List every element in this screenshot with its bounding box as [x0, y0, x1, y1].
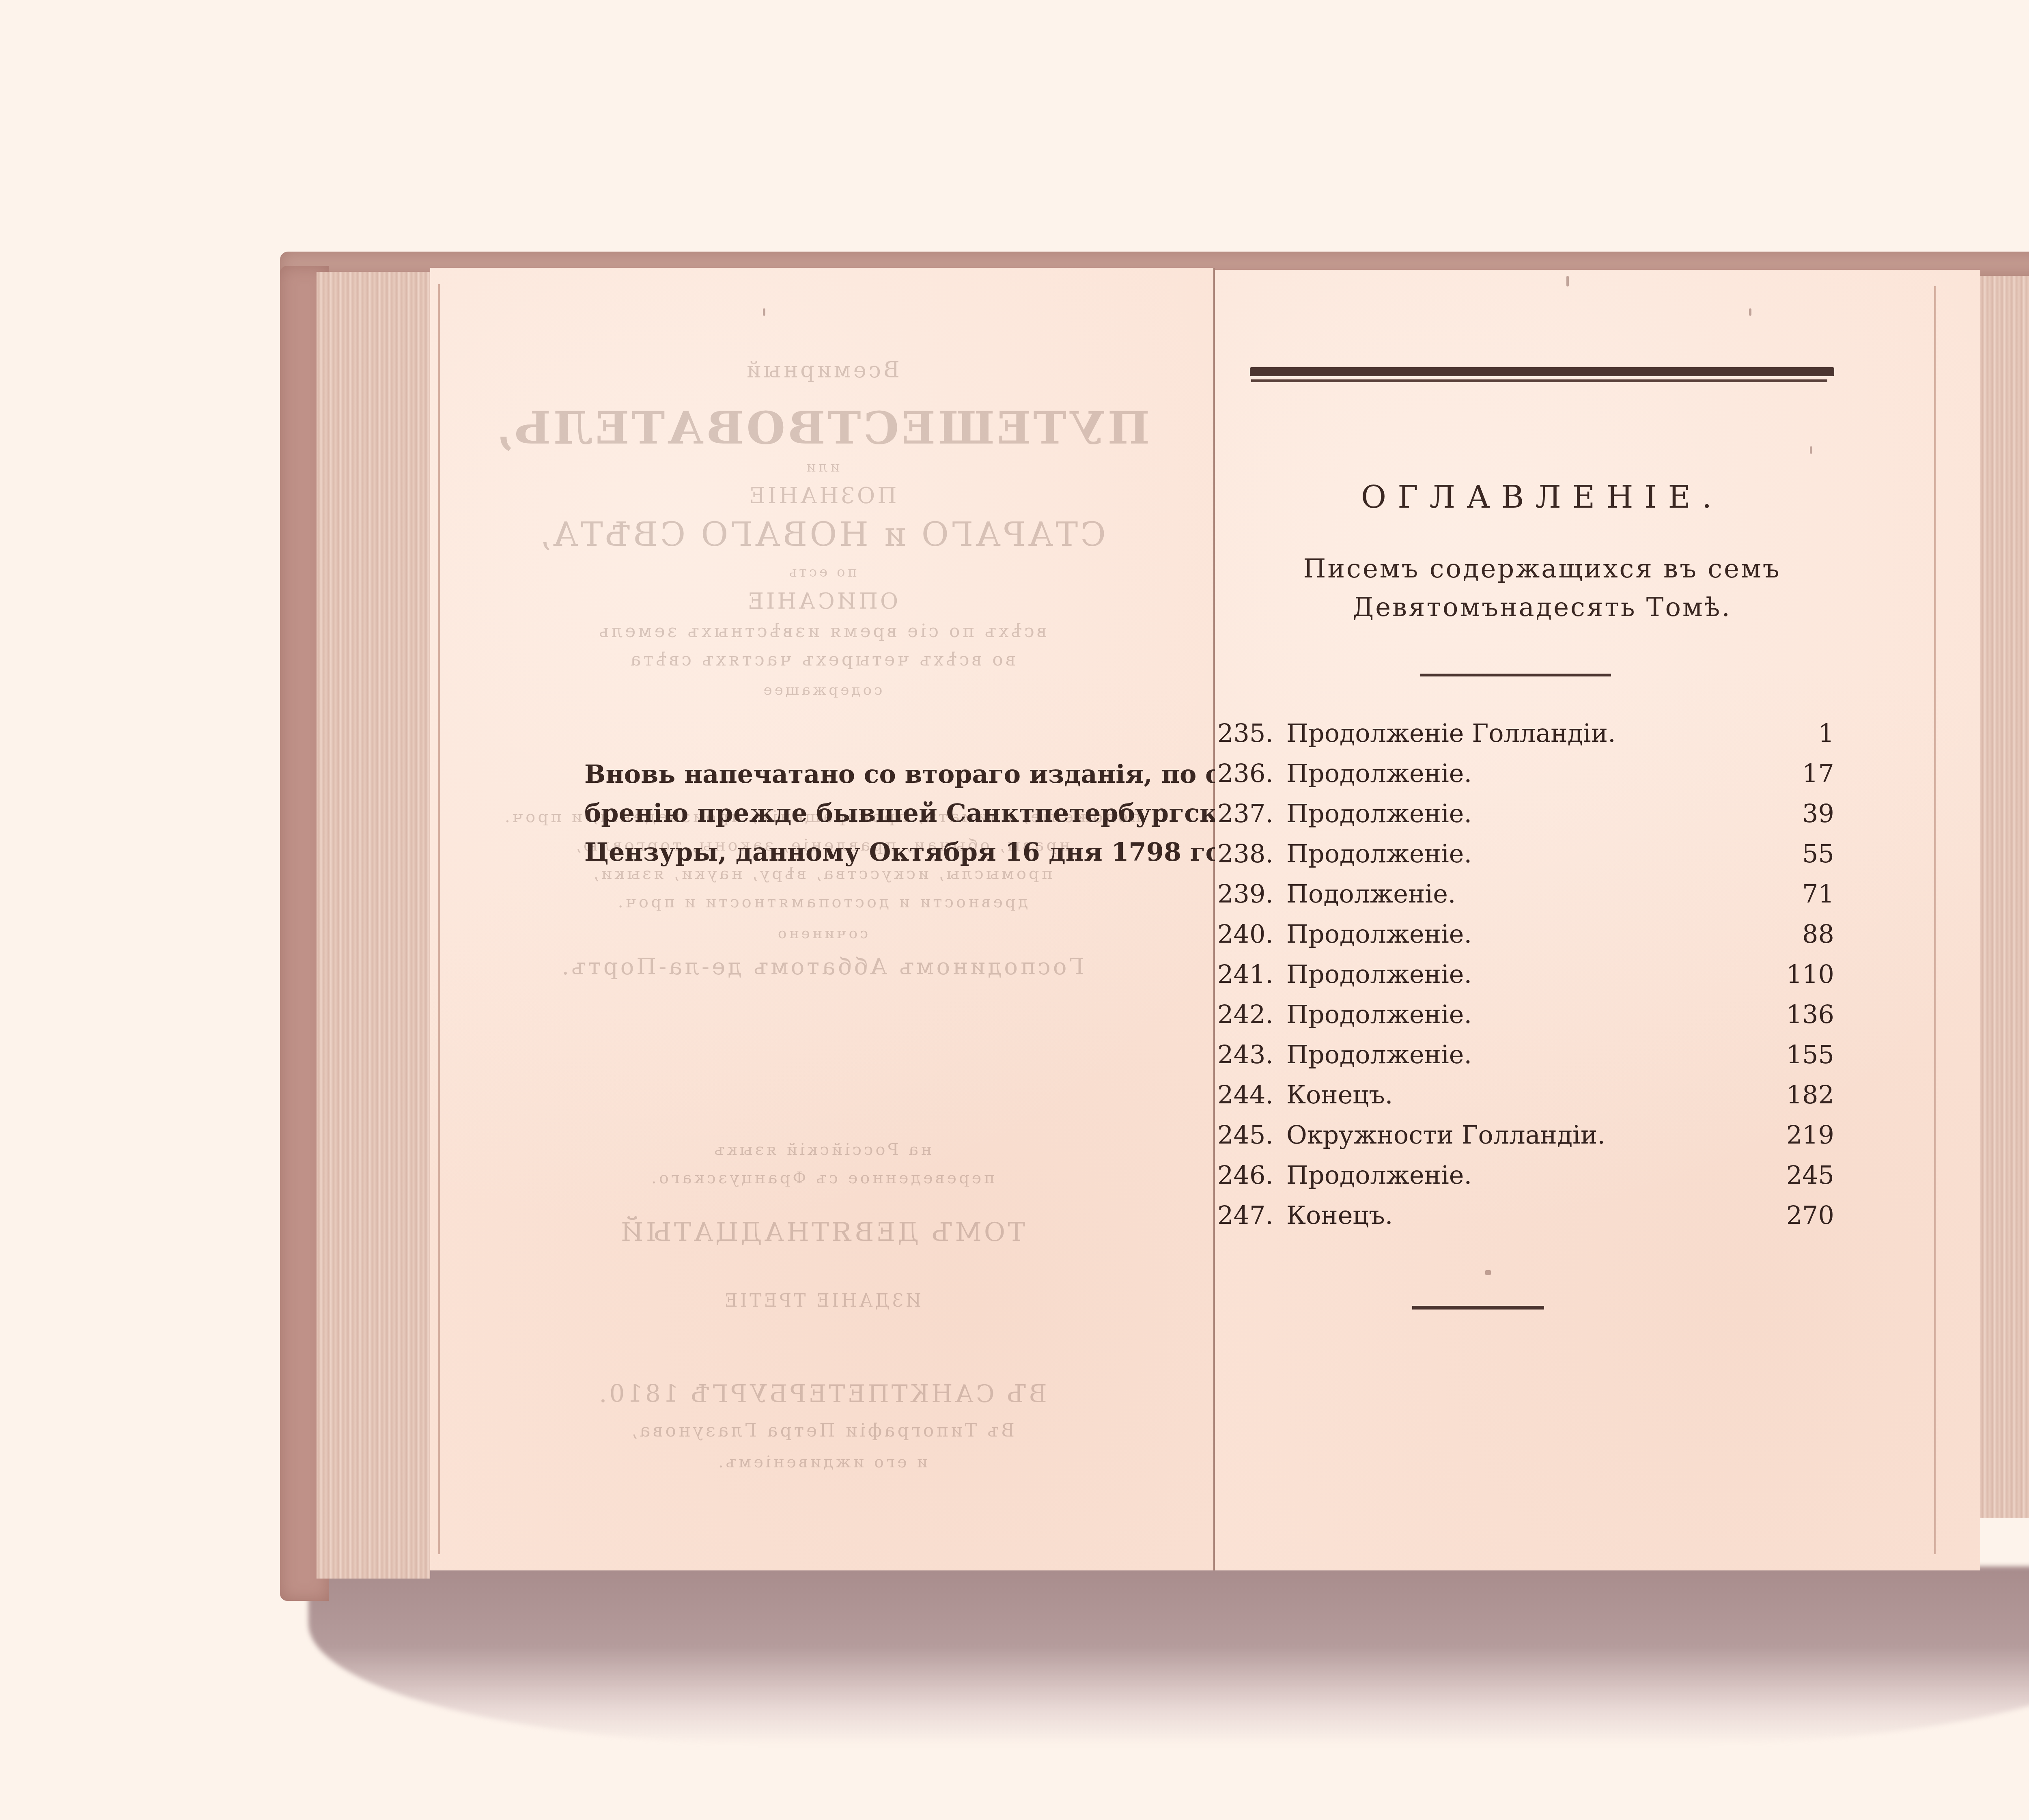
bleed-line: ОПИСАНІЕ [430, 588, 1213, 614]
toc-entry-title: Продолженіе. [1286, 959, 1769, 989]
toc-entry-title: Продолженіе. [1286, 919, 1769, 949]
paper-fleck [763, 308, 765, 316]
toc-entry-page: 245 [1769, 1160, 1834, 1190]
paper-fleck [1566, 276, 1569, 286]
right-page-stack [1980, 276, 2029, 1518]
toc-entry-title: Продолженіе Голландіи. [1286, 718, 1769, 748]
paper-fleck [1485, 1270, 1491, 1275]
page-edge-line [1934, 286, 1936, 1554]
toc-entry-title: Продолженіе. [1286, 999, 1769, 1029]
toc-entry-number: 244. [1217, 1080, 1286, 1109]
notice-line: Цензуры, данному Октября 16 дня 1798 год… [584, 833, 1201, 872]
toc-entry-title: Конецъ. [1286, 1200, 1769, 1230]
toc-entry-page: 219 [1769, 1120, 1834, 1150]
book-shadow [308, 1566, 2029, 1745]
toc-heading: ОГЛАВЛЕНІЕ. [1238, 479, 1846, 515]
toc-entry-title: Продолженіе. [1286, 758, 1769, 788]
closing-rule [1412, 1306, 1544, 1310]
toc-entry-number: 239. [1217, 879, 1286, 909]
toc-entry-page: 88 [1769, 919, 1834, 949]
toc-entry-page: 1 [1769, 718, 1834, 748]
toc-entry: 239.Подолженіе.71 [1217, 879, 1834, 919]
paper-fleck [1810, 446, 1812, 454]
toc-entry-page: 270 [1769, 1200, 1834, 1230]
toc-entry-number: 242. [1217, 999, 1286, 1029]
toc-entry: 241.Продолженіе.110 [1217, 959, 1834, 999]
toc-entry: 244.Конецъ.182 [1217, 1080, 1834, 1120]
toc-entry: 236.Продолженіе.17 [1217, 758, 1834, 799]
bleed-line: содержащее [430, 682, 1213, 698]
bleed-line: ПОЗНАНІЕ [430, 483, 1213, 508]
toc-entry-title: Продолженіе. [1286, 799, 1769, 828]
toc-entry-page: 17 [1769, 758, 1834, 788]
toc-entry: 245.Окружности Голландіи.219 [1217, 1120, 1834, 1160]
toc-entry: 242.Продолженіе.136 [1217, 999, 1834, 1040]
notice-line: Вновь напечатано со втораго изданія, по … [584, 755, 1201, 794]
notice-line: бренію прежде бывшей Санктпетербургской [584, 794, 1201, 833]
bleed-line: или [430, 459, 1213, 475]
bleed-line: ВЪ САНКТПЕТЕРБУРГѢ 1810. [430, 1380, 1213, 1408]
toc-entry-page: 71 [1769, 879, 1834, 909]
book-photo-scene: Всемирный ПУТЕШЕСТВОВАТЕЛЬ, или ПОЗНАНІЕ… [0, 0, 2029, 1820]
toc-entry-number: 236. [1217, 758, 1286, 788]
toc-list: 235.Продолженіе Голландіи.1236.Продолжен… [1217, 718, 1834, 1241]
toc-entry-title: Продолженіе. [1286, 1160, 1769, 1190]
toc-entry-title: Продолженіе. [1286, 1040, 1769, 1069]
bleed-line: по есть [430, 564, 1213, 580]
toc-entry-title: Конецъ. [1286, 1080, 1769, 1109]
toc-entry: 246.Продолженіе.245 [1217, 1160, 1834, 1200]
separator-rule [1420, 674, 1611, 676]
toc-entry: 247.Конецъ.270 [1217, 1200, 1834, 1241]
left-page: Всемирный ПУТЕШЕСТВОВАТЕЛЬ, или ПОЗНАНІЕ… [430, 268, 1215, 1570]
header-thin-rule [1251, 379, 1827, 382]
toc-entry: 240.Продолженіе.88 [1217, 919, 1834, 959]
toc-entry-number: 237. [1217, 799, 1286, 828]
toc-entry: 238.Продолженіе.55 [1217, 839, 1834, 879]
bleed-line: сочинено [430, 925, 1213, 942]
bleed-line: Въ Типографіи Петра Глазунова, [430, 1420, 1213, 1441]
toc-entry-page: 136 [1769, 999, 1834, 1029]
toc-entry: 235.Продолженіе Голландіи.1 [1217, 718, 1834, 758]
toc-entry-number: 243. [1217, 1040, 1286, 1069]
toc-entry-page: 39 [1769, 799, 1834, 828]
bleed-line: всѣхъ по сіе время извѣстныхъ земель [430, 621, 1213, 642]
bleed-line: ТОМЪ ДЕВЯТНАДЦАТЫЙ [430, 1217, 1213, 1247]
bleed-line: Всемирный [430, 357, 1213, 383]
bleed-line: на Россійскій языкъ [430, 1140, 1213, 1159]
censorship-notice: Вновь напечатано со втораго изданія, по … [584, 755, 1201, 872]
toc-entry-number: 238. [1217, 839, 1286, 868]
toc-entry: 237.Продолженіе.39 [1217, 799, 1834, 839]
toc-entry-number: 247. [1217, 1200, 1286, 1230]
toc-entry-title: Подолженіе. [1286, 879, 1769, 909]
bleed-line: ПУТЕШЕСТВОВАТЕЛЬ, [430, 402, 1213, 454]
toc-entry-number: 240. [1217, 919, 1286, 949]
paper-fleck [1749, 308, 1751, 316]
bleed-line: переведенное съ Французскаго. [430, 1169, 1213, 1187]
header-ornamental-rule [1250, 367, 1834, 376]
toc-entry-page: 110 [1769, 959, 1834, 989]
toc-entry-number: 246. [1217, 1160, 1286, 1190]
bleed-line: во всѣхъ четырехъ частяхъ свѣта [430, 649, 1213, 670]
bleed-line: древности и достопамятности и проч. [430, 893, 1213, 911]
toc-entry-page: 155 [1769, 1040, 1834, 1069]
toc-entry: 243.Продолженіе.155 [1217, 1040, 1834, 1080]
toc-entry-number: 241. [1217, 959, 1286, 989]
bleed-line: ИЗДАНІЕ ТРЕТІЕ [430, 1290, 1213, 1311]
toc-entry-page: 55 [1769, 839, 1834, 868]
bleed-line: и его иждивеніемъ. [430, 1453, 1213, 1471]
bleed-line: СТАРАГО и НОВАГО СВѢТА, [430, 515, 1213, 554]
left-page-stack [317, 272, 430, 1579]
bleed-line: Господиномъ Аббатомъ де-ла-Портъ. [430, 954, 1213, 980]
toc-entry-number: 245. [1217, 1120, 1286, 1150]
toc-subtitle-line: Писемъ содержащихся въ семъ [1230, 554, 1855, 584]
toc-entry-number: 235. [1217, 718, 1286, 748]
toc-entry-title: Продолженіе. [1286, 839, 1769, 868]
toc-subtitle-line: Девятомънадесять Томѣ. [1230, 592, 1855, 622]
toc-entry-page: 182 [1769, 1080, 1834, 1109]
toc-entry-title: Окружности Голландіи. [1286, 1120, 1769, 1150]
